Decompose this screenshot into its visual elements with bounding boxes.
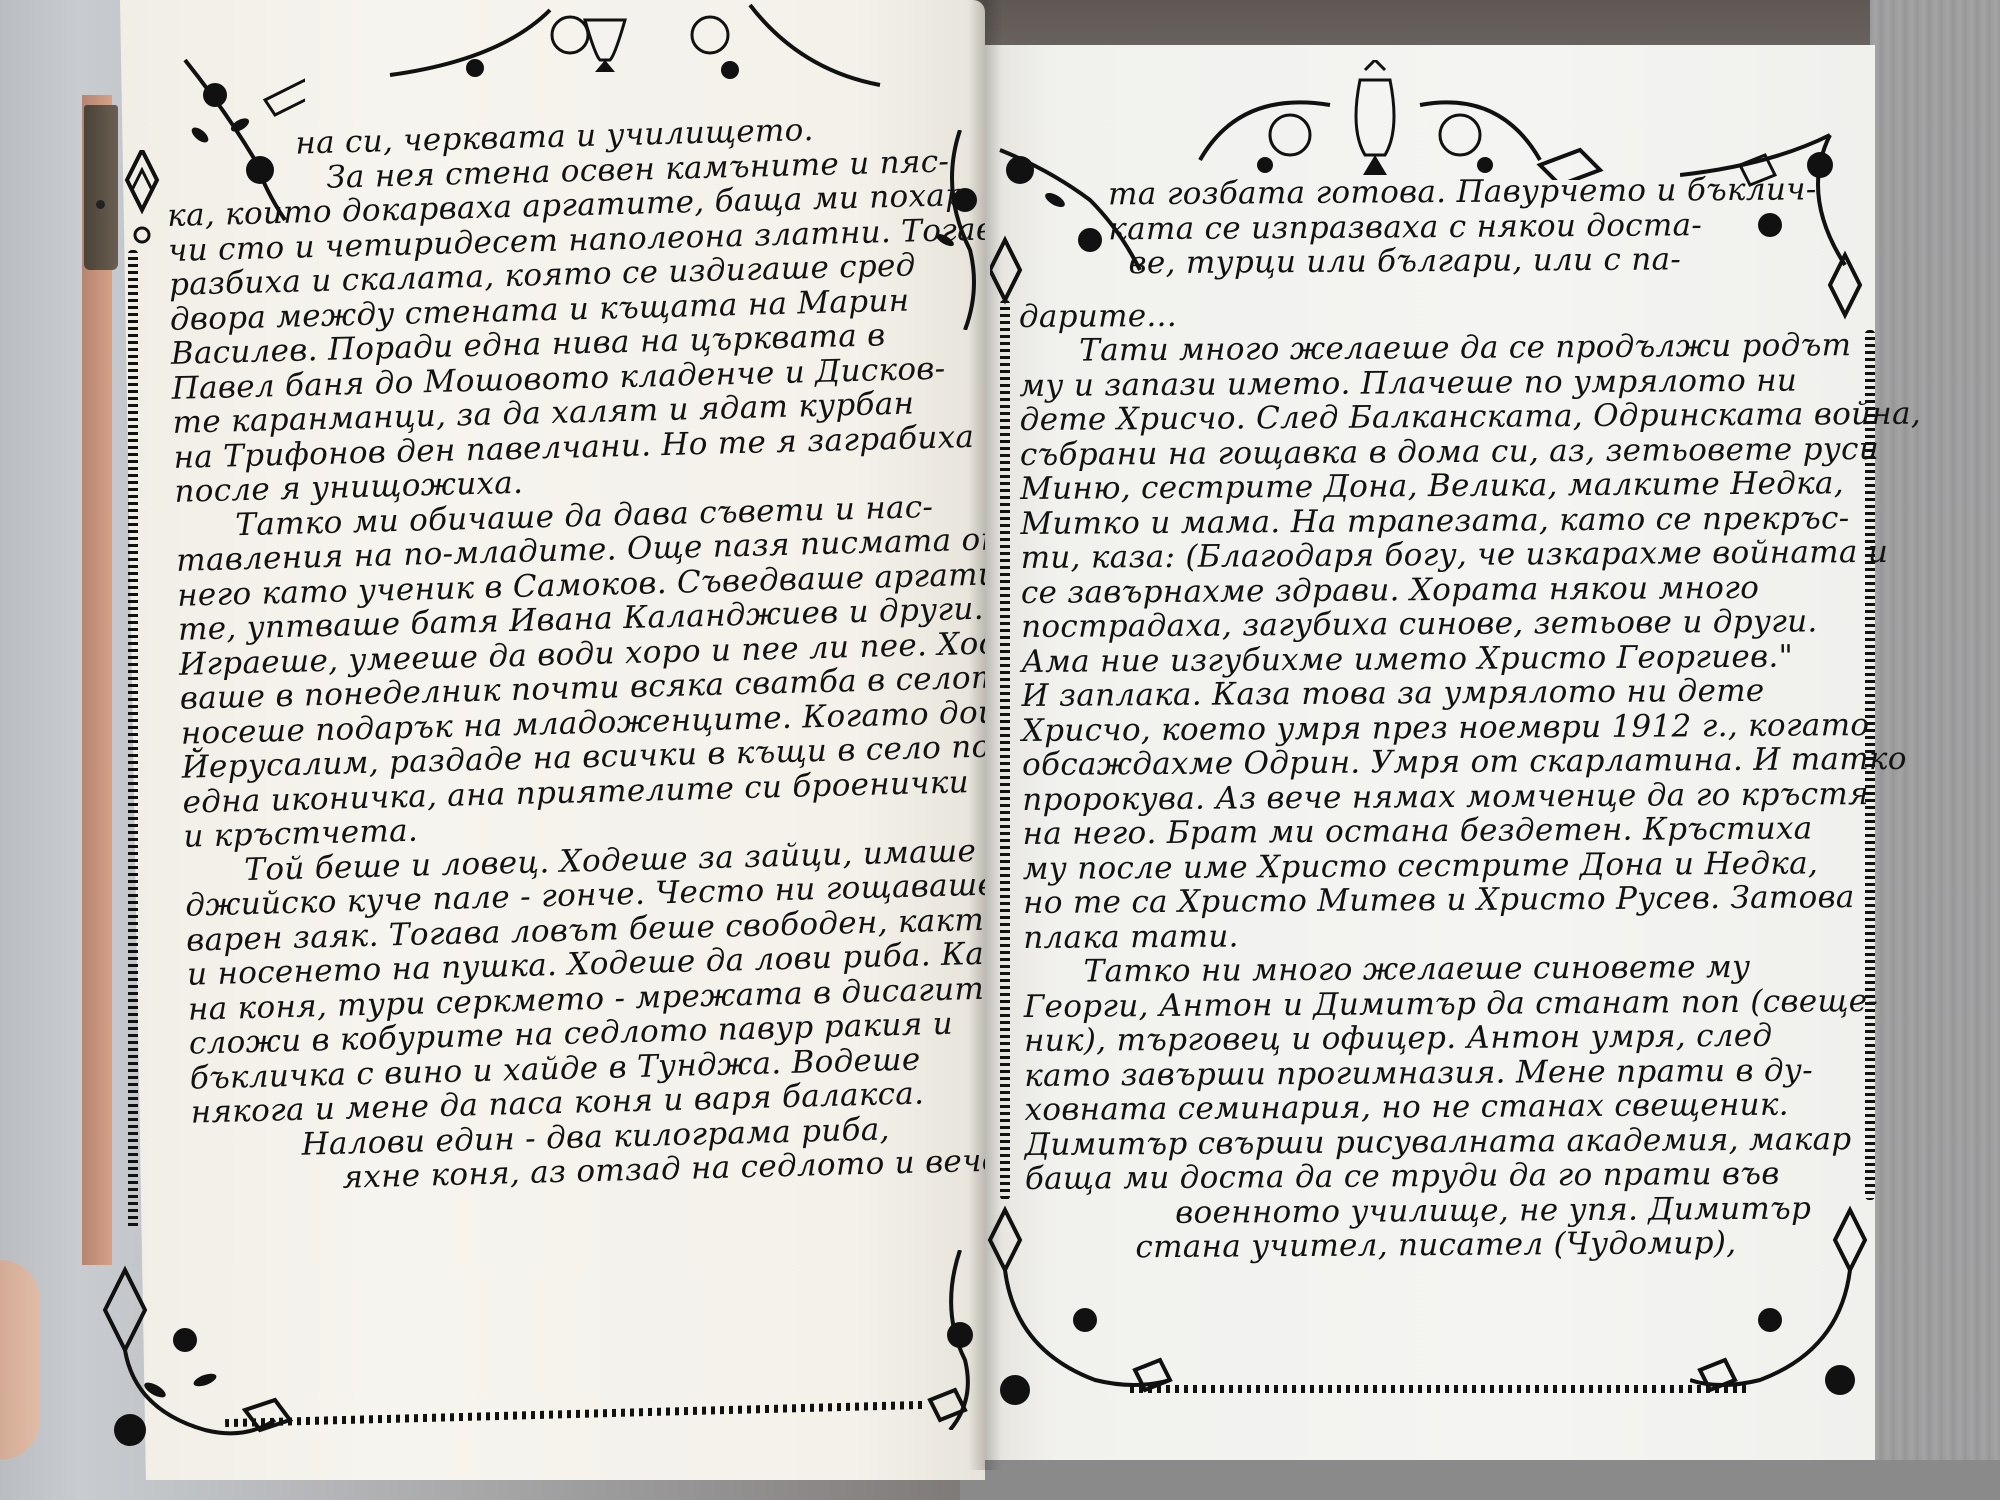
text-line: но те са Христо Митев и Христо Русев. За… bbox=[1023, 880, 1853, 920]
right-page-handwritten-text: та гозбата готова. Павурчето и бъклич- к… bbox=[1018, 172, 1856, 1265]
text-line: ве, турци или българи, или с па- bbox=[1018, 241, 1848, 281]
text-line: стана учител, писател (Чудомир), bbox=[1025, 1225, 1855, 1265]
book-cover-edge bbox=[82, 95, 112, 1265]
holding-thumb bbox=[0, 1260, 40, 1460]
lattice-diamond-icon bbox=[122, 150, 162, 260]
rose-corner-bottom-left-icon bbox=[95, 1250, 295, 1480]
urn-top-icon bbox=[380, 0, 980, 95]
text-line: та гозбата готова. Павурчето и бъклич- bbox=[1018, 172, 1848, 212]
right-page-left-wavy-border bbox=[1000, 300, 1010, 1200]
right-page-bottom-wavy-border bbox=[1130, 1385, 1750, 1393]
left-page-handwritten-text: на си, черквата и училището. За нея стен… bbox=[165, 108, 1023, 1199]
left-wavy-border bbox=[128, 250, 138, 1230]
metal-corner-clip-icon bbox=[84, 105, 118, 270]
urn-top-icon bbox=[1180, 60, 1740, 180]
floor-bottom bbox=[960, 1460, 2000, 1500]
text-line: ката се изпразваха с някои доста- bbox=[1018, 207, 1848, 247]
